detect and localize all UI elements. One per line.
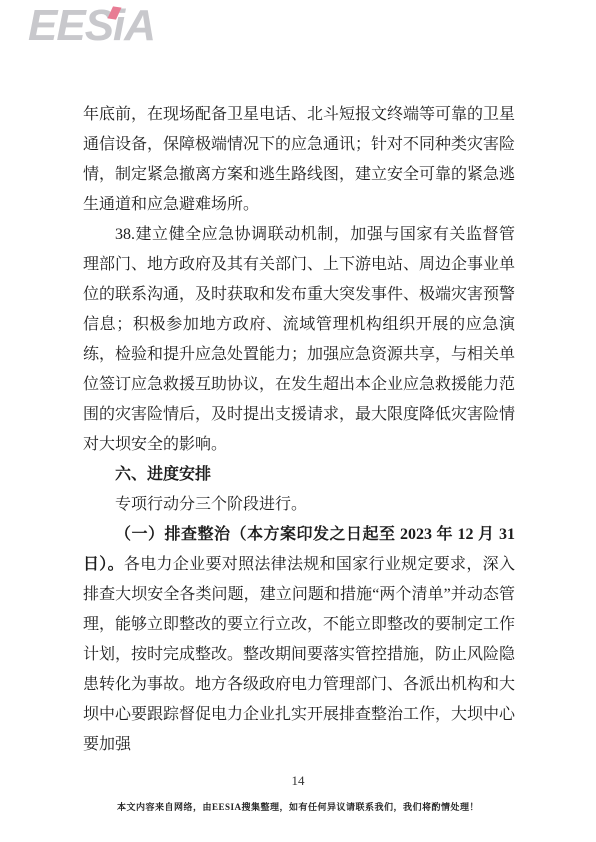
paragraph-text: 专项行动分三个阶段进行。 xyxy=(115,496,307,513)
logo-text: EESiA xyxy=(28,1,155,50)
footer-disclaimer: 本文内容来自网络，由EESIA搜集整理，如有任何异议请联系我们，我们将酌情处理！ xyxy=(0,800,596,814)
paragraph-38-emergency-coordination: 38.建立健全应急协调联动机制，加强与国家有关监督管理部门、地方政府及其有关部门… xyxy=(83,220,515,460)
heading-text: 六、进度安排 xyxy=(115,466,211,483)
section-heading-schedule: 六、进度安排 xyxy=(83,460,515,490)
paragraph-phase-one-inspection: （一）排查整治（本方案印发之日起至 2023 年 12 月 31 日）。各电力企… xyxy=(83,520,515,760)
phase-one-body-text: 各电力企业要对照法律法规和国家行业规定要求，深入排查大坝安全各类问题，建立问题和… xyxy=(83,556,515,753)
page-number: 14 xyxy=(0,772,596,790)
paragraph-satellite-communication: 年底前，在现场配备卫星电话、北斗短报文终端等可靠的卫星通信设备，保障极端情况下的… xyxy=(83,100,515,220)
paragraph-three-phases: 专项行动分三个阶段进行。 xyxy=(83,490,515,520)
paragraph-text: 38.建立健全应急协调联动机制，加强与国家有关监督管理部门、地方政府及其有关部门… xyxy=(83,226,515,453)
eesia-logo: EESiA xyxy=(28,0,155,52)
document-page: EESiA 年底前，在现场配备卫星电话、北斗短报文终端等可靠的卫星通信设备，保障… xyxy=(0,0,596,842)
paragraph-text: 年底前，在现场配备卫星电话、北斗短报文终端等可靠的卫星通信设备，保障极端情况下的… xyxy=(83,106,515,213)
document-body: 年底前，在现场配备卫星电话、北斗短报文终端等可靠的卫星通信设备，保障极端情况下的… xyxy=(83,100,515,760)
